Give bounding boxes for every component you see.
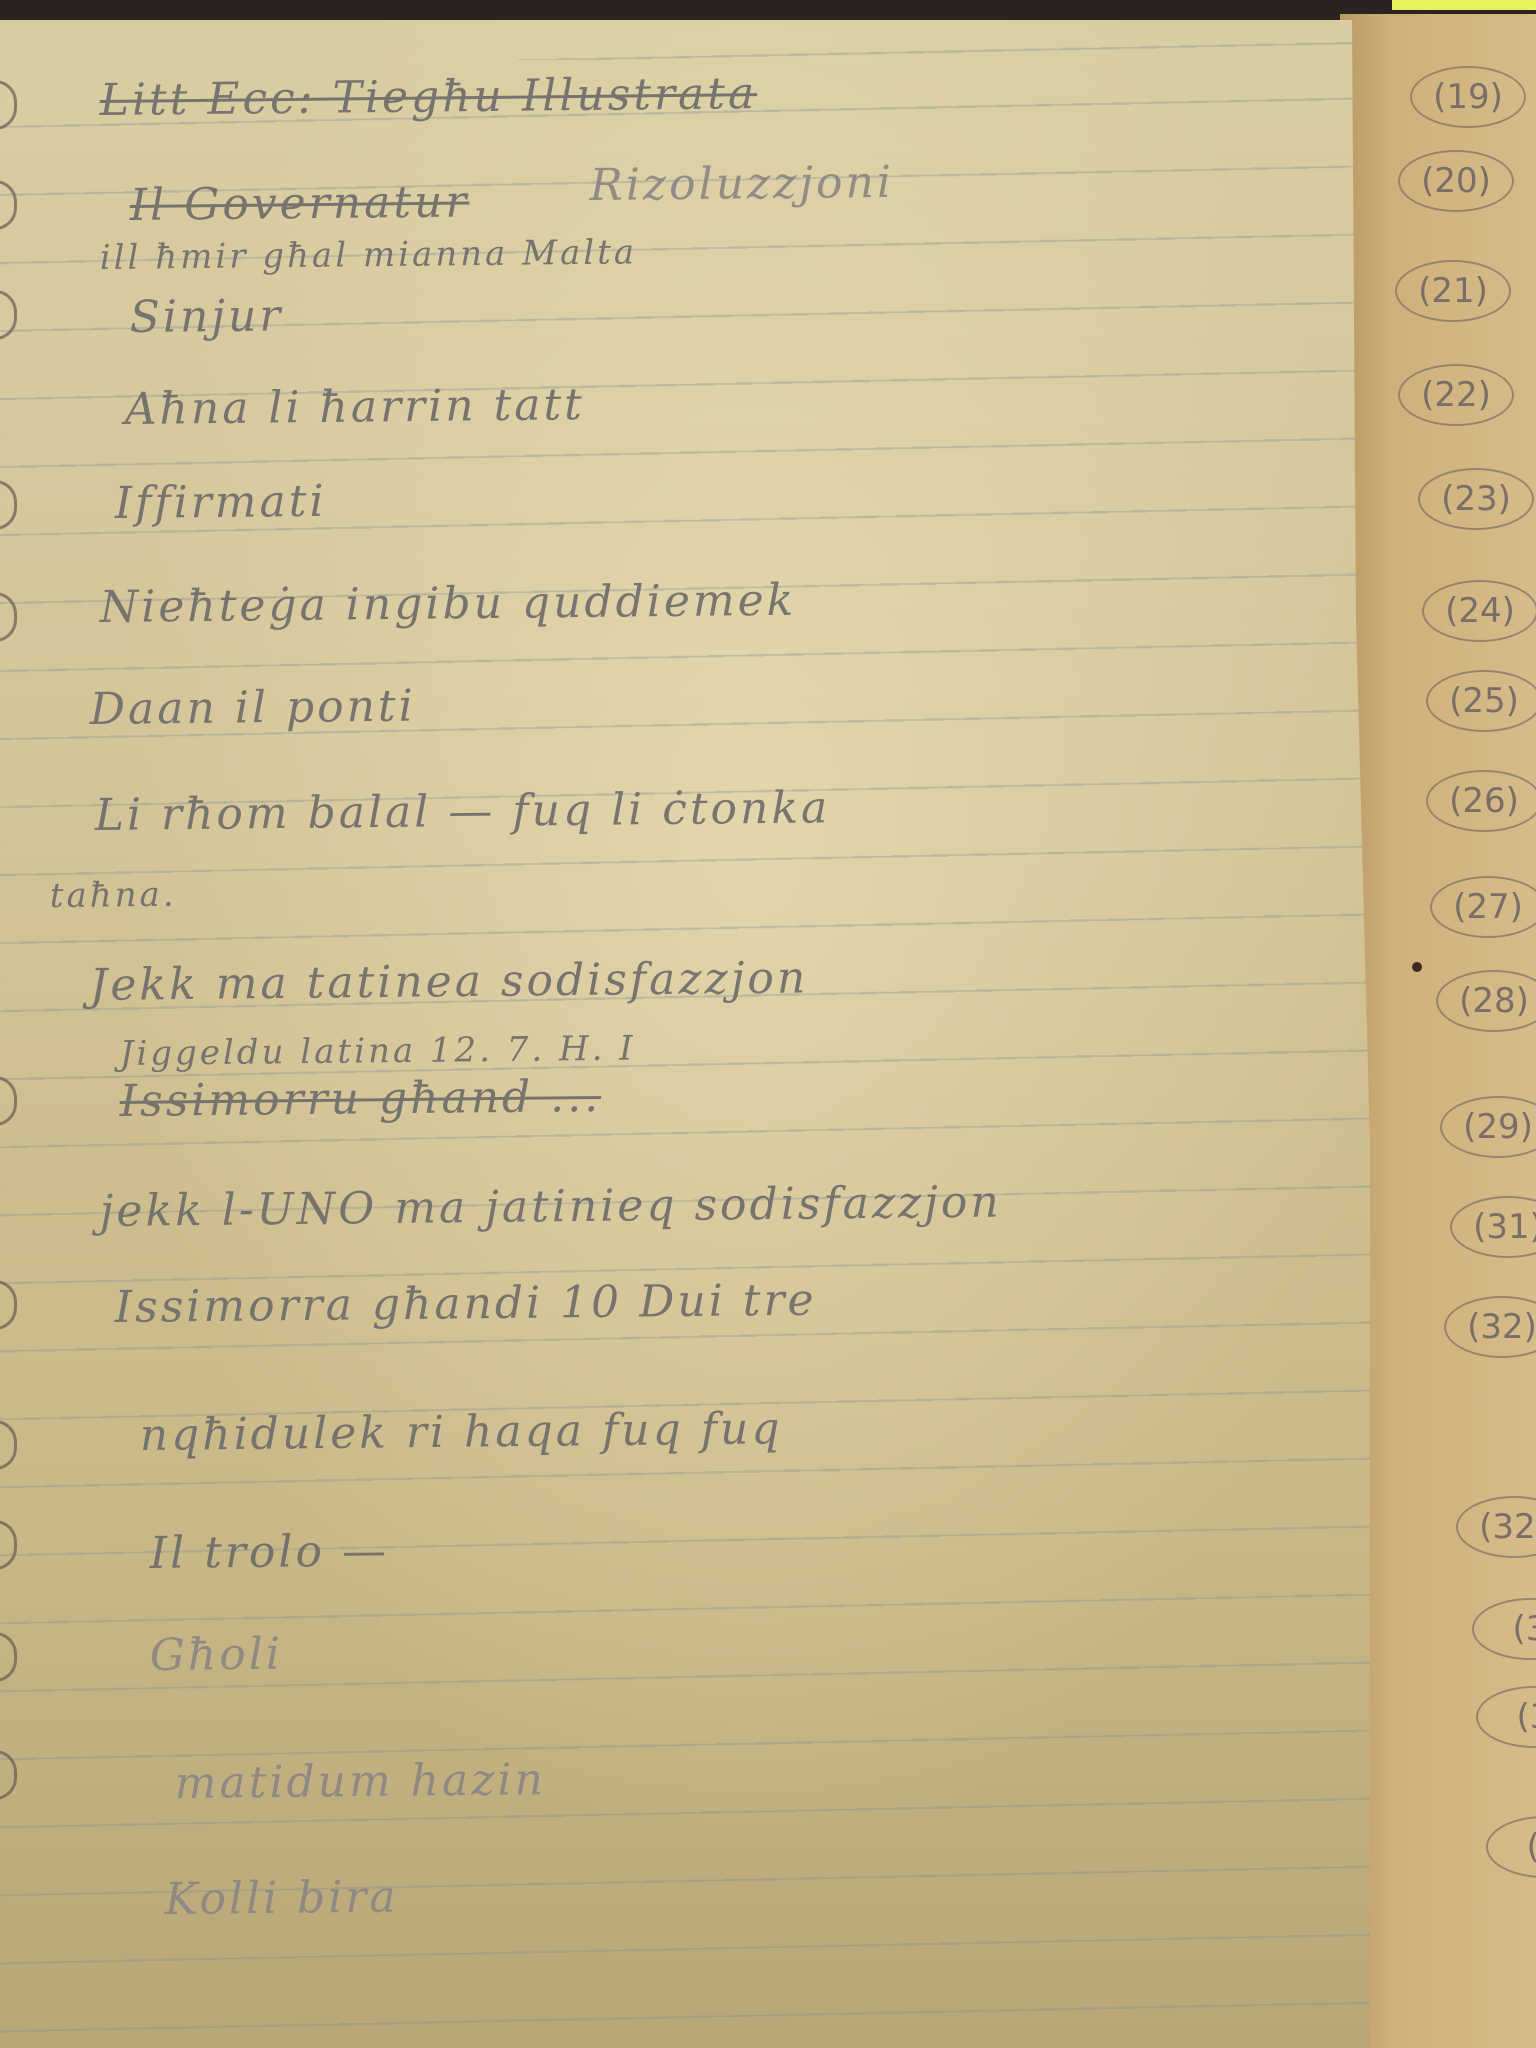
page-ref: (27): [1430, 876, 1536, 938]
page-ref: (3: [1472, 1598, 1536, 1660]
handwritten-line: Il Governatur: [129, 176, 469, 231]
page-ref: (23): [1418, 468, 1534, 530]
handwritten-line: Litt Ecc: Tiegħu Illustrata: [99, 68, 757, 126]
page-ref: (21): [1395, 260, 1511, 322]
page-ref: (25): [1426, 670, 1536, 732]
handwritten-line: Nieħteġa ingibu quddiemek: [99, 575, 796, 633]
handwritten-line: Issimorru għand ...: [119, 1071, 601, 1127]
handwritten-line: nqħidulek ri haqa fuq fuq: [139, 1403, 782, 1461]
handwritten-line: Li rħom balal — fuq li ċtonka: [94, 782, 830, 841]
handwritten-line: Daan il ponti: [89, 681, 415, 735]
page-ref: (32): [1444, 1296, 1536, 1358]
page-ref: (32): [1456, 1496, 1536, 1558]
handwritten-line: Jekk ma tatinea sodisfazzjon: [89, 952, 808, 1011]
page-ref: (22): [1398, 364, 1514, 426]
page-ref: (31): [1450, 1196, 1536, 1258]
handwritten-line: Jiggeldu latina 12. 7. H. I: [120, 1029, 636, 1074]
page-ref: (26): [1426, 770, 1536, 832]
page-ref: (3: [1476, 1686, 1536, 1748]
page-ref: (3: [1486, 1816, 1536, 1878]
handwritten-line: Rizoluzzjoni: [589, 157, 894, 211]
ink-spot: [1412, 962, 1422, 972]
left-page: Litt Ecc: Tiegħu Illustrata Il Governatu…: [0, 20, 1370, 2048]
handwritten-line: Għoli: [149, 1629, 283, 1681]
handwritten-line: matidum hazin: [174, 1754, 546, 1809]
background-edge: [0, 0, 1536, 22]
page-ref: (28): [1436, 970, 1536, 1032]
handwritten-line: jekk l-UNO ma jatinieq sodisfazzjon: [99, 1177, 1001, 1237]
page-ref: (29): [1440, 1096, 1536, 1158]
handwritten-line: Issimorra għandi 10 Dui tre: [114, 1275, 816, 1333]
handwritten-line: Sinjur: [129, 290, 283, 343]
page-ref: (20): [1398, 150, 1514, 212]
page-ref: (24): [1422, 580, 1536, 642]
handwritten-line: Iffirmati: [114, 476, 326, 529]
handwritten-line: Aħna li ħarrin tatt: [124, 379, 585, 435]
sticky-note: [1392, 0, 1536, 10]
handwritten-line: Kolli bira: [164, 1872, 398, 1925]
page-ref: (19): [1410, 66, 1526, 128]
handwritten-line: taħna.: [50, 875, 177, 916]
handwritten-line: Il trolo —: [149, 1525, 389, 1579]
handwritten-line: ill ħmir għal mianna Malta: [100, 232, 638, 278]
